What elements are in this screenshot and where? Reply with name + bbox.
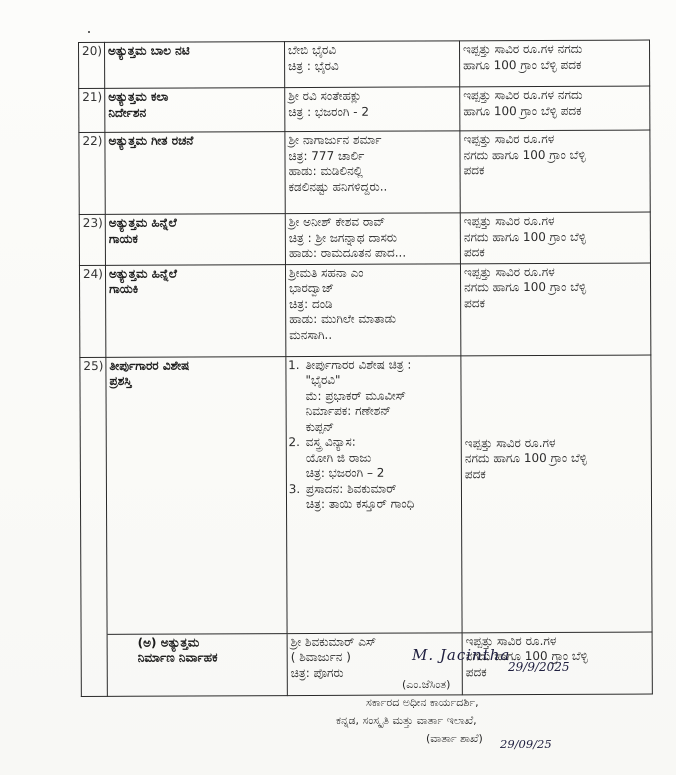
awards-table: 20)ಅತ್ಯುತ್ತಮ ಬಾಲ ನಟಿಬೇಬಿ ಭೈರವಿಚಿತ್ರ : ಭೈ…: [78, 40, 653, 697]
award-winner: ಶ್ರೀ ರವಿ ಸಂತೇಹಕ್ಲುಚಿತ್ರ : ಭಜರಂಗಿ - 2: [285, 87, 460, 132]
text-line: ಚಿತ್ರ: 777 ಚಾರ್ಲಿ: [288, 148, 456, 164]
table-row: 21)ಅತ್ಯುತ್ತಮ ಕಲಾನಿರ್ದೇಶನಶ್ರೀ ರವಿ ಸಂತೇಹಕ್…: [79, 86, 650, 132]
text-line: ಅತ್ಯುತ್ತಮ ಬಾಲ ನಟಿ: [108, 43, 281, 59]
table-row: 24)ಅತ್ಯುತ್ತಮ ಹಿನ್ನೆಲೆಗಾಯಕಿಶ್ರೀಮತಿ ಸಹನಾ ಎ…: [79, 263, 650, 357]
text-line: ಯೋಗಿ ಜಿ ರಾಜು: [306, 450, 458, 466]
text-line: ಪದಕ: [465, 466, 648, 482]
text-line: ಹಾಡು: ಮುಗಿಲೇ ಮಾತಾಡು: [289, 311, 457, 327]
text-line: ಪದಕ: [464, 245, 647, 261]
text-line: ಚಿತ್ರ: ಭಜರಂಗಿ – 2: [306, 465, 458, 481]
text-line: ಹಾಡು: ರಾಮದೂತನ ಪಾದ...: [289, 245, 457, 261]
text-line: ಬೇಬಿ ಭೈರವಿ: [288, 42, 456, 58]
handwritten-signature-date: 29/9/2025: [508, 660, 570, 674]
text-line: ಅತ್ಯುತ್ತಮ ಗೀತ ರಚನೆ: [108, 133, 281, 149]
row-number: 23): [79, 214, 105, 265]
text-line: ಇಪ್ಪತ್ತು ಸಾವಿರ ರೂ.ಗಳ: [464, 264, 647, 280]
row-number: [81, 634, 107, 696]
officer-name: (ಎಂ.ಜೆಸಿಂತ): [402, 678, 450, 692]
text-line: ಹಾಡು: ಮಡಿಲಿನಲ್ಲಿ: [289, 163, 457, 179]
row-number: 25): [80, 357, 107, 634]
award-prize: ಇಪ್ಪತ್ತು ಸಾವಿರ ರೂ.ಗಳ ನಗದುಹಾಗೂ 100 ಗ್ರಾಂ …: [460, 86, 650, 131]
text-line: "ಭೈರವಿ": [305, 372, 457, 388]
award-category: ಅತ್ಯುತ್ತಮ ಗೀತ ರಚನೆ: [105, 132, 285, 215]
credits-list-item: ವಸ್ತ್ರ ವಿನ್ಯಾಸ:ಯೋಗಿ ಜಿ ರಾಜುಚಿತ್ರ: ಭಜರಂಗಿ…: [304, 434, 458, 481]
text-line: ನಿರ್ಮಾಪಕ: ಗಣೇಶನ್: [306, 403, 458, 419]
text-line: ಕಡಲಿನಷ್ಟು ಹನಿಗಳಿದ್ದರು..: [289, 179, 457, 195]
officer-designation: ಸರ್ಕಾರದ ಅಧೀನ ಕಾರ್ಯದರ್ಶಿ,: [366, 696, 479, 710]
initialled-date: 29/09/25: [500, 737, 552, 751]
text-line: ಹಾಗೂ 100 ಗ್ರಾಂ ಬೆಳ್ಳಿ ಪದಕ: [463, 57, 646, 73]
text-line: ತೀರ್ಪುಗಾರರ ವಿಶೇಷ: [109, 358, 282, 374]
text-line: ಇಪ್ಪತ್ತು ಸಾವಿರ ರೂ.ಗಳ ನಗದು: [463, 42, 646, 58]
table-row: 25)ತೀರ್ಪುಗಾರರ ವಿಶೇಷಪ್ರಶಸ್ತಿತೀರ್ಪುಗಾರರ ವಿ…: [80, 355, 652, 634]
table-row: 22)ಅತ್ಯುತ್ತಮ ಗೀತ ರಚನೆಶ್ರೀ ನಾಗಾರ್ಜುನ ಶರ್ಮ…: [79, 130, 650, 214]
text-line: ಮನಸಾಗಿ..: [289, 327, 457, 343]
text-line: ತೀರ್ಪುಗಾರರ ವಿಶೇಷ ಚಿತ್ರ :: [305, 357, 457, 373]
row-number: 20): [79, 42, 105, 88]
text-line: ಶ್ರೀ ರವಿ ಸಂತೇಹಕ್ಲು: [288, 88, 456, 104]
text-line: ಪದಕ: [464, 295, 647, 311]
award-prize: ಇಪ್ಪತ್ತು ಸಾವಿರ ರೂ.ಗಳ ನಗದುಹಾಗೂ 100 ಗ್ರಾಂ …: [459, 40, 649, 87]
department-wing: (ವಾರ್ತಾ ಶಾಖೆ): [426, 732, 483, 746]
award-category: ಅತ್ಯುತ್ತಮ ಹಿನ್ನೆಲೆಗಾಯಕಿ: [105, 264, 285, 357]
text-line: ಅತ್ಯುತ್ತಮ ಹಿನ್ನೆಲೆ: [109, 215, 282, 231]
award-winner: ತೀರ್ಪುಗಾರರ ವಿಶೇಷ ಚಿತ್ರ :"ಭೈರವಿ"ಮೆ: ಪ್ರಭಾ…: [286, 355, 462, 633]
text-line: ವಸ್ತ್ರ ವಿನ್ಯಾಸ:: [306, 434, 458, 450]
award-winner: ಶ್ರೀಮತಿ ಸಹನಾ ಎಂಭಾರದ್ವಾಜ್ಚಿತ್ರ: ದಂಡಿಹಾಡು:…: [285, 263, 460, 356]
award-winner: ಶ್ರೀ ನಾಗಾರ್ಜುನ ಶರ್ಮಾಚಿತ್ರ: 777 ಚಾರ್ಲಿಹಾಡ…: [285, 131, 460, 214]
text-line: ಗಾಯಕಿ: [109, 281, 282, 297]
text-line: ನಿರ್ಮಾಣ ನಿರ್ವಾಹಕ: [138, 650, 284, 666]
text-line: ಚಿತ್ರ : ಭೈರವಿ: [288, 58, 456, 74]
award-category: ಅತ್ಯುತ್ತಮ ಕಲಾನಿರ್ದೇಶನ: [105, 88, 285, 133]
handwritten-signature: M. Jacintha: [412, 646, 510, 664]
text-line: ಚಿತ್ರ : ಭಜರಂಗಿ - 2: [288, 104, 456, 120]
award-prize: ಇಪ್ಪತ್ತು ಸಾವಿರ ರೂ.ಗಳನಗದು ಹಾಗೂ 100 ಗ್ರಾಂ …: [460, 212, 650, 263]
document-page: 20)ಅತ್ಯುತ್ತಮ ಬಾಲ ನಟಿಬೇಬಿ ಭೈರವಿಚಿತ್ರ : ಭೈ…: [0, 0, 676, 775]
text-line: ಇಪ್ಪತ್ತು ಸಾವಿರ ರೂ.ಗಳ ನಗದು: [463, 88, 646, 104]
text-line: ಶ್ರೀಮತಿ ಸಹನಾ ಎಂ: [289, 265, 457, 281]
award-prize: ಇಪ್ಪತ್ತು ಸಾವಿರ ರೂ.ಗಳನಗದು ಹಾಗೂ 100 ಗ್ರಾಂ …: [460, 263, 650, 356]
award-category: ತೀರ್ಪುಗಾರರ ವಿಶೇಷಪ್ರಶಸ್ತಿ: [106, 356, 287, 634]
text-line: ಕುಪ್ಪನ್: [306, 419, 458, 435]
credits-list: ತೀರ್ಪುಗಾರರ ವಿಶೇಷ ಚಿತ್ರ :"ಭೈರವಿ"ಮೆ: ಪ್ರಭಾ…: [289, 357, 458, 513]
text-line: ಪ್ರಸಾದನ: ಶಿವಕುಮಾರ್: [306, 481, 458, 497]
speck-mark: [88, 31, 90, 33]
text-line: ಗಾಯಕ: [109, 231, 282, 247]
text-line: ಇಪ್ಪತ್ತು ಸಾವಿರ ರೂ.ಗಳ: [464, 214, 647, 230]
text-line: ಪದಕ: [464, 163, 647, 179]
text-line: ಇಪ್ಪತ್ತು ಸಾವಿರ ರೂ.ಗಳ: [465, 435, 648, 451]
award-category: ಅತ್ಯುತ್ತಮ ಹಿನ್ನೆಲೆಗಾಯಕ: [105, 214, 285, 265]
text-line: (ಅ) ಅತ್ಯುತ್ತಮ: [138, 635, 284, 651]
text-line: ನಗದು ಹಾಗೂ 100 ಗ್ರಾಂ ಬೆಳ್ಳಿ: [464, 280, 647, 296]
awards-table-container: 20)ಅತ್ಯುತ್ತಮ ಬಾಲ ನಟಿಬೇಬಿ ಭೈರವಿಚಿತ್ರ : ಭೈ…: [78, 40, 652, 697]
award-prize: ಇಪ್ಪತ್ತು ಸಾವಿರ ರೂ.ಗಳನಗದು ಹಾಗೂ 100 ಗ್ರಾಂ …: [461, 355, 652, 633]
text-line: ನಗದು ಹಾಗೂ 100 ಗ್ರಾಂ ಬೆಳ್ಳಿ: [465, 451, 648, 467]
table-row: 20)ಅತ್ಯುತ್ತಮ ಬಾಲ ನಟಿಬೇಬಿ ಭೈರವಿಚಿತ್ರ : ಭೈ…: [79, 40, 650, 88]
credits-list-item: ಪ್ರಸಾದನ: ಶಿವಕುಮಾರ್ಚಿತ್ರ: ತಾಯಿ ಕಸ್ತೂರ್ ಗಾ…: [304, 481, 458, 513]
award-winner: ಶ್ರೀ ಅನೀಶ್ ಕೇಶವ ರಾವ್ಚಿತ್ರ : ಶ್ರೀ ಜಗನ್ನಾಥ…: [285, 213, 460, 264]
text-line: ಭಾರದ್ವಾಜ್: [289, 280, 457, 296]
text-line: ನಗದು ಹಾಗೂ 100 ಗ್ರಾಂ ಬೆಳ್ಳಿ: [463, 147, 646, 163]
row-number: 22): [79, 132, 105, 214]
text-line: ಹಾಗೂ 100 ಗ್ರಾಂ ಬೆಳ್ಳಿ ಪದಕ: [463, 103, 646, 119]
award-category: (ಅ) ಅತ್ಯುತ್ತಮನಿರ್ಮಾಣ ನಿರ್ವಾಹಕ: [107, 633, 287, 696]
text-line: ಪ್ರಶಸ್ತಿ: [109, 373, 282, 389]
text-line: ಚಿತ್ರ: ತಾಯಿ ಕಸ್ತೂರ್ ಗಾಂಧಿ: [306, 496, 458, 512]
text-line: ಶ್ರೀ ನಾಗಾರ್ಜುನ ಶರ್ಮಾ: [288, 132, 456, 148]
text-line: ಅತ್ಯುತ್ತಮ ಹಿನ್ನೆಲೆ: [109, 266, 282, 282]
text-line: ಮೆ: ಪ್ರಭಾಕರ್ ಮೂವೀಸ್: [306, 388, 458, 404]
award-prize: ಇಪ್ಪತ್ತು ಸಾವಿರ ರೂ.ಗಳನಗದು ಹಾಗೂ 100 ಗ್ರಾಂ …: [460, 130, 650, 213]
table-row: 23)ಅತ್ಯುತ್ತಮ ಹಿನ್ನೆಲೆಗಾಯಕಶ್ರೀ ಅನೀಶ್ ಕೇಶವ…: [79, 212, 650, 265]
credits-list-item: ತೀರ್ಪುಗಾರರ ವಿಶೇಷ ಚಿತ್ರ :"ಭೈರವಿ"ಮೆ: ಪ್ರಭಾ…: [303, 357, 457, 435]
text-line: ಅತ್ಯುತ್ತಮ ಕಲಾ: [108, 89, 281, 105]
award-category: ಅತ್ಯುತ್ತಮ ಬಾಲ ನಟಿ: [105, 42, 285, 89]
text-line: ಇಪ್ಪತ್ತು ಸಾವಿರ ರೂ.ಗಳ: [463, 132, 646, 148]
row-number: 24): [79, 265, 105, 357]
text-line: ನಗದು ಹಾಗೂ 100 ಗ್ರಾಂ ಬೆಳ್ಳಿ: [464, 229, 647, 245]
row-number: 21): [79, 88, 105, 132]
text-line: ಚಿತ್ರ : ಶ್ರೀ ಜಗನ್ನಾಥ ದಾಸರು: [289, 230, 457, 246]
text-line: ಶ್ರೀ ಅನೀಶ್ ಕೇಶವ ರಾವ್: [289, 214, 457, 230]
text-line: ನಿರ್ದೇಶನ: [108, 105, 281, 121]
award-winner: ಬೇಬಿ ಭೈರವಿಚಿತ್ರ : ಭೈರವಿ: [285, 41, 460, 88]
department-name: ಕನ್ನಡ, ಸಂಸ್ಕೃತಿ ಮತ್ತು ವಾರ್ತಾ ಇಲಾಖೆ,: [336, 714, 477, 728]
text-line: ಚಿತ್ರ: ದಂಡಿ: [289, 296, 457, 312]
